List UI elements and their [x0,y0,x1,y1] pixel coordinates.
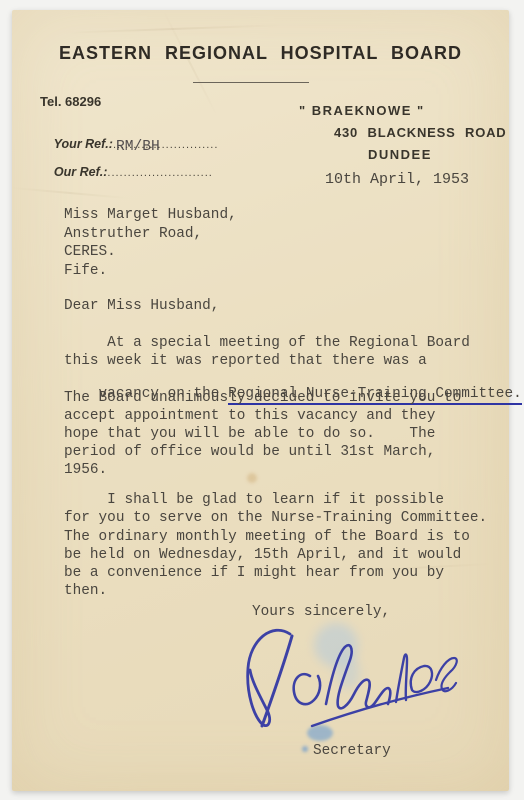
text-line: Fife. [64,262,237,281]
text-line: Miss Marget Husband, [64,206,237,225]
paragraph-2: I shall be glad to learn if it possiblef… [64,491,487,601]
your-ref-label: Your Ref.: [54,137,113,151]
our-ref-dotted-rule: .......................... [107,167,212,179]
letterhead-title: EASTERN REGIONAL HOSPITAL BOARD [12,43,509,64]
text-line: accept appointment to this vacancy and t… [64,407,461,425]
house-name: " BRAEKNOWE " [299,103,425,118]
text-line: Anstruther Road, [64,225,237,244]
street-address: 430 BLACKNESS ROAD [334,125,506,140]
text-line: The ordinary monthly meeting of the Boar… [64,528,487,546]
our-ref-value: RM/BH [116,139,160,155]
text-line: for you to serve on the Nurse-Training C… [64,509,487,527]
our-ref-label: Our Ref.: [54,165,107,179]
text-line: period of office would be until 31st Mar… [64,443,461,461]
text-line: CERES. [64,243,237,262]
text-line: The Board unanimously decided to invite … [64,389,461,407]
text-line: this week it was reported that there was… [64,352,470,370]
text-line: be a convenience if I might hear from yo… [64,564,487,582]
text-line: hope that you will be able to do so. The [64,425,461,443]
scanned-letter-page: { "colors": { "paper": "#ebdfc1", "typed… [0,0,524,800]
signed-role: Secretary [313,743,391,759]
closing-valediction: Yours sincerely, [252,604,390,620]
paragraph-1-start: At a special meeting of the Regional Boa… [64,334,470,370]
paragraph-1-end: The Board unanimously decided to invite … [64,389,461,480]
recipient-address: Miss Marget Husband,Anstruther Road,CERE… [64,206,237,280]
salutation: Dear Miss Husband, [64,298,219,314]
text-line: 1956. [64,461,461,479]
letter-date: 10th April, 1953 [325,171,469,188]
text-line: then. [64,582,487,600]
letter-paper: EASTERN REGIONAL HOSPITAL BOARD Tel. 682… [12,10,509,791]
text-line: I shall be glad to learn if it possible [64,491,487,509]
city-name: DUNDEE [368,147,432,162]
text-line: At a special meeting of the Regional Boa… [64,334,470,352]
our-ref-row: Our Ref.:.......................... [40,151,213,193]
title-divider [193,82,309,83]
telephone-number: Tel. 68296 [40,94,101,109]
text-line: be held on Wednesday, 15th April, and it… [64,546,487,564]
